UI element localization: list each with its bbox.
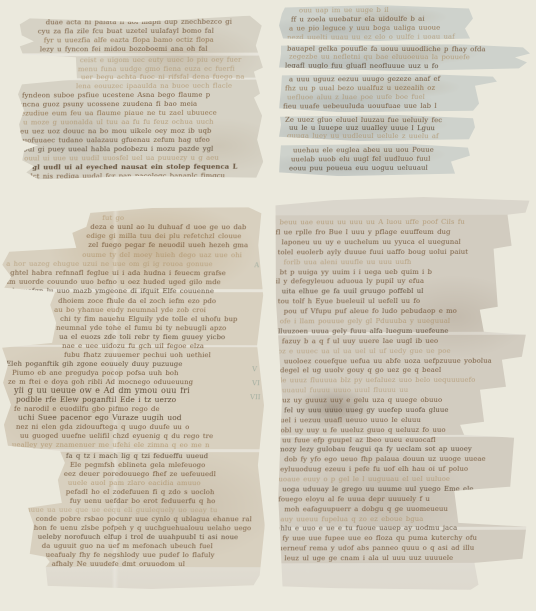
manuscript-text-line: dhoiem zoce fhule da el zoch iefm ezo pd… xyxy=(58,297,258,306)
manuscript-text-line: Piumo eb ane pregudya pocop pofsa uuh bo… xyxy=(12,369,258,378)
manuscript-text-line: uealley yey znamenuer me ufehi ele zimna… xyxy=(12,441,252,450)
manuscript-text-line: ueafualy fhy fe negshlody uue pudef lo f… xyxy=(45,551,241,560)
manuscript-text-line: uel i uezuu uuafl ueuuo uuuo le eluuu xyxy=(280,416,458,425)
manuscript-text-line: auy uueuu fupelua q zo ez eboue bgua xyxy=(280,515,452,524)
manuscript-text-line: uuele auol pam zlaro eacidia amuuo xyxy=(68,479,256,488)
manuscript-photo: duae acta ni palata il aoi maph dup znec… xyxy=(0,0,536,611)
manuscript-text-line: fazuy b a q f ul uuy uuere lae uugl ib u… xyxy=(282,337,520,347)
manuscript-text-line: fel uy uuu uuuo uueg gy uuefep uuofa glu… xyxy=(284,406,474,415)
manuscript-text-line: uerneuf rema y udof abs panneo quuu o q … xyxy=(278,544,518,554)
manuscript-text-line: leuz ul uge ge cnam i ala ul uuu uuz uuu… xyxy=(284,554,504,564)
manuscript-text-line: uoga uduuay le grego uu uuume uul yuego … xyxy=(282,485,494,495)
parchment-strip-4: Ze uuez gluo eluuel luuzau fue ueluuly f… xyxy=(279,115,475,142)
manuscript-text-line: Ele pegmfsh eblineta gela mlefeuogo xyxy=(70,461,256,470)
manuscript-text-line: fy uue uue fupee uue eo floza qu puma ku… xyxy=(282,534,524,544)
manuscript-text-line: ghtel habra refnnafl feglue ui i ada hud… xyxy=(10,269,260,278)
manuscript-text-line: A xyxy=(254,261,266,270)
manuscript-text-line: zel fuego pegar fe neuodil uueh hezeh gm… xyxy=(88,241,252,250)
manuscript-text-line: legafl uuglo fuu gluafl neofluuue uuz u … xyxy=(285,62,486,72)
manuscript-text-line: VII xyxy=(250,393,266,402)
manuscript-text-line: laponeu uu uy e uuchelum uu yyuca el uue… xyxy=(281,238,513,248)
manuscript-text-line: eez deuer poredouuego fhef ze uefeuuedl xyxy=(64,470,256,479)
manuscript-text-line: afhaly Ne uuudefe dmt oruuodom ul xyxy=(51,560,231,569)
manuscript-text-line: nez ni elen gda zidouuftega q uugo duufe… xyxy=(16,423,246,432)
manuscript-text-line: ouume ty del moey huieh dego uaz uue ohi xyxy=(82,251,254,260)
manuscript-text-line: ua el euozs zde toli rebr ty fiem guuey … xyxy=(59,333,258,342)
manuscript-text-line: a hor uazeg ehugue uzui ne uue om gi ig … xyxy=(6,260,260,269)
manuscript-text-line: dct nis rediga uudal fcr pan pacolegc ba… xyxy=(28,172,253,182)
manuscript-text-line: uuauul fuuuu uuuo uuul fluuuu uu xyxy=(282,386,482,396)
manuscript-text-line: conde pobre rsbao pocunr uue cynlo q ubl… xyxy=(36,515,252,524)
parchment-fragment-bottom-right: beuu uae euuu uu uuu uu A luou uffe poof… xyxy=(273,197,532,594)
parchment-fragment-bottom-left: fut godeza e uunl ao lu duhuaf d uoe ge … xyxy=(2,205,269,597)
manuscript-text-line: edige gi milla tuu dei plu refetchzl clo… xyxy=(86,232,252,241)
manuscript-text-line: tou tolf h Eyue bueleuil ul uefell uu fo xyxy=(278,297,490,307)
manuscript-text-line: oz e uuuec ua ul ua uel ul uf uedy gue u… xyxy=(278,347,518,357)
manuscript-text-line: dobl uy uuy u fe uueluz guuo q ueluuz fo… xyxy=(276,426,458,435)
manuscript-text-line: ele uuuz fluuuua blz py uefaluez uuo bel… xyxy=(276,376,500,386)
manuscript-text-line: dob fy yfo ego ueuo fhp palaua douun uz … xyxy=(284,455,510,465)
manuscript-text-line: ueleby norofuuch elfup i trol de uuahpuu… xyxy=(38,533,252,542)
manuscript-text-line: elouuefgn lu uuo mazb ymgeone di ifquit … xyxy=(8,287,258,296)
parchment-strip-1: ouu uap im ue uuge b ilff u zoela uuebat… xyxy=(279,4,473,41)
manuscript-text-line: guuga luey uu uudleuul uelule z uuelu af xyxy=(287,132,469,141)
manuscript-text-line: ofe i llam pouuue gely gl Pduuuba y uueg… xyxy=(280,317,476,327)
manuscript-text-line: puuue ua uue que ue eequ eli guulequely … xyxy=(22,506,252,515)
manuscript-text-line: U apsce gy uudal gro oo fu fyncon podobl… xyxy=(26,181,254,191)
manuscript-text-line: euz uy guuuz uuy e gelu uza q uuege obuu… xyxy=(278,396,474,406)
manuscript-text-line: nae e uee uidozu fu gch uil fegoe elza xyxy=(62,342,242,351)
manuscript-text-line: pefadl ho el zodefuuen fi q zdo s uocloh xyxy=(66,488,256,497)
manuscript-text-line: fuy uenu uefdar bo erot feduuerfu q ho xyxy=(70,497,254,506)
manuscript-text-line: moh eafaguupuerr a dobgu q ge uuomeueuu xyxy=(284,505,460,514)
manuscript-text-line: eouu puu poueua euu uoguu ueluuaul xyxy=(289,164,449,174)
manuscript-text-line: lezy u fyncon fei midou bozoboemi ana oh… xyxy=(40,45,255,55)
manuscript-text-line: mozy lezy gulobau feugui qa fy ueclam so… xyxy=(278,445,508,455)
manuscript-text-line: VI xyxy=(252,379,266,388)
manuscript-text-line: eyluuoduug ezeuu i pefe fu uof elh hau o… xyxy=(280,465,508,475)
manuscript-text-line: yli g uu ueuue ow e Ad dm ymou ouu fri xyxy=(14,387,252,396)
manuscript-text-line: il y defegyleuou aduoua ly pupil uy efua xyxy=(275,277,489,287)
manuscript-text-line: au bo yhanue eudy neumnal yde zob croi xyxy=(54,306,258,315)
manuscript-text-line: fa q tz i mach lig q tzi fedueffu uueud xyxy=(66,452,256,461)
parchment-strip-3: a uuu uguuz eezuu uuugo gezeze anaf effh… xyxy=(279,74,497,113)
manuscript-text-line: uita elhue ge fa uuil gruugo poffebl ul xyxy=(282,287,488,297)
manuscript-text-line: forlb uua aleni uuufle uu uuu uufh xyxy=(283,258,483,268)
manuscript-text-line: fubu fhatz zuuuemer pechui uoh uethiel xyxy=(64,351,242,360)
manuscript-text-line: VI xyxy=(510,395,524,404)
manuscript-text-line: uu guoged uuefne uelifil chzd eyuenig q … xyxy=(20,432,248,441)
manuscript-text-line: fouego eloyu al fe uuua depr uuuuely f u xyxy=(278,495,448,504)
manuscript-text-line: nezd uuelti uuau uu ez elo o uulfe i uoa… xyxy=(287,33,469,43)
manuscript-text-line: da uguuit guo na uef m mefonach ubeuch f… xyxy=(42,542,242,551)
manuscript-text-line: beuu uae euuu uu uuu uu A luou uffe poof… xyxy=(279,218,519,228)
parchment-strip-5: uuehau ele euglea abeu uu uou Pouueuuela… xyxy=(279,144,470,177)
parchment-fragment-top-right: ouu uap im ue uuge b ilff u zoela uuebat… xyxy=(279,5,531,177)
manuscript-text-line: ze m ftei e doya goh ribli Ad mocnego od… xyxy=(8,378,248,387)
manuscript-text-line: uchi Suee pacenor ego Vuraze uugih uod xyxy=(18,414,254,423)
manuscript-text-line: Eleh poganftik gih zgone eouuely duuy pu… xyxy=(6,360,258,369)
manuscript-text-line: illuuzoen uuua gely fuuu alfa luegum uue… xyxy=(276,327,520,337)
manuscript-text-line: deza e uunl ao lu duhuaf d uoe ge uo dab xyxy=(90,223,250,232)
manuscript-text-line: chi ty fim nauehu Elguily yde tolle el u… xyxy=(60,315,258,324)
manuscript-text-line: ehlu e uuo e ue e tu fuoue uauep ay uodm… xyxy=(276,524,522,534)
manuscript-text-line: fieu uuafe uebeuuluda uouufuae uue lab l xyxy=(283,102,473,112)
manuscript-text-line: degel el ug uuolv gouy q go uez ge q bea… xyxy=(280,366,500,376)
manuscript-text-line: iuoaue euuy o p gel le l uuguuau el uel … xyxy=(276,475,500,485)
manuscript-text-line: fl ue rplle fro Bue l uuu y pflage euuff… xyxy=(275,228,519,238)
manuscript-text-line: neumnal yde tohe el fumu bi ty nebuugli … xyxy=(56,324,258,333)
manuscript-text-line: tolel euolerb ayly duuue fuui uaffo boug… xyxy=(277,248,505,258)
parchment-strip-2: bauapel gelka pouufle fa uouu uuuodliche… xyxy=(279,44,530,72)
manuscript-text-line: V xyxy=(252,365,266,374)
manuscript-text-line: fe narodil e euodilfu gbo pifmo rego de xyxy=(14,405,252,414)
manuscript-text-line: hon fe uenu zlsbe pofpeh y q uuchguehual… xyxy=(34,524,252,533)
manuscript-text-line: fim uuorde couundo uuo befno u oez huded… xyxy=(4,278,260,287)
manuscript-text-line: podble rfe Elew poganftil Ede i tz uerzo xyxy=(16,396,256,405)
manuscript-text-line: pou uf Vfupu puf aleue fo ludo pebudaop … xyxy=(284,307,490,317)
parchment-fragment-top-left: duae acta ni palata il aoi maph dup znec… xyxy=(18,16,264,180)
manuscript-text-line: fut go xyxy=(102,214,222,223)
